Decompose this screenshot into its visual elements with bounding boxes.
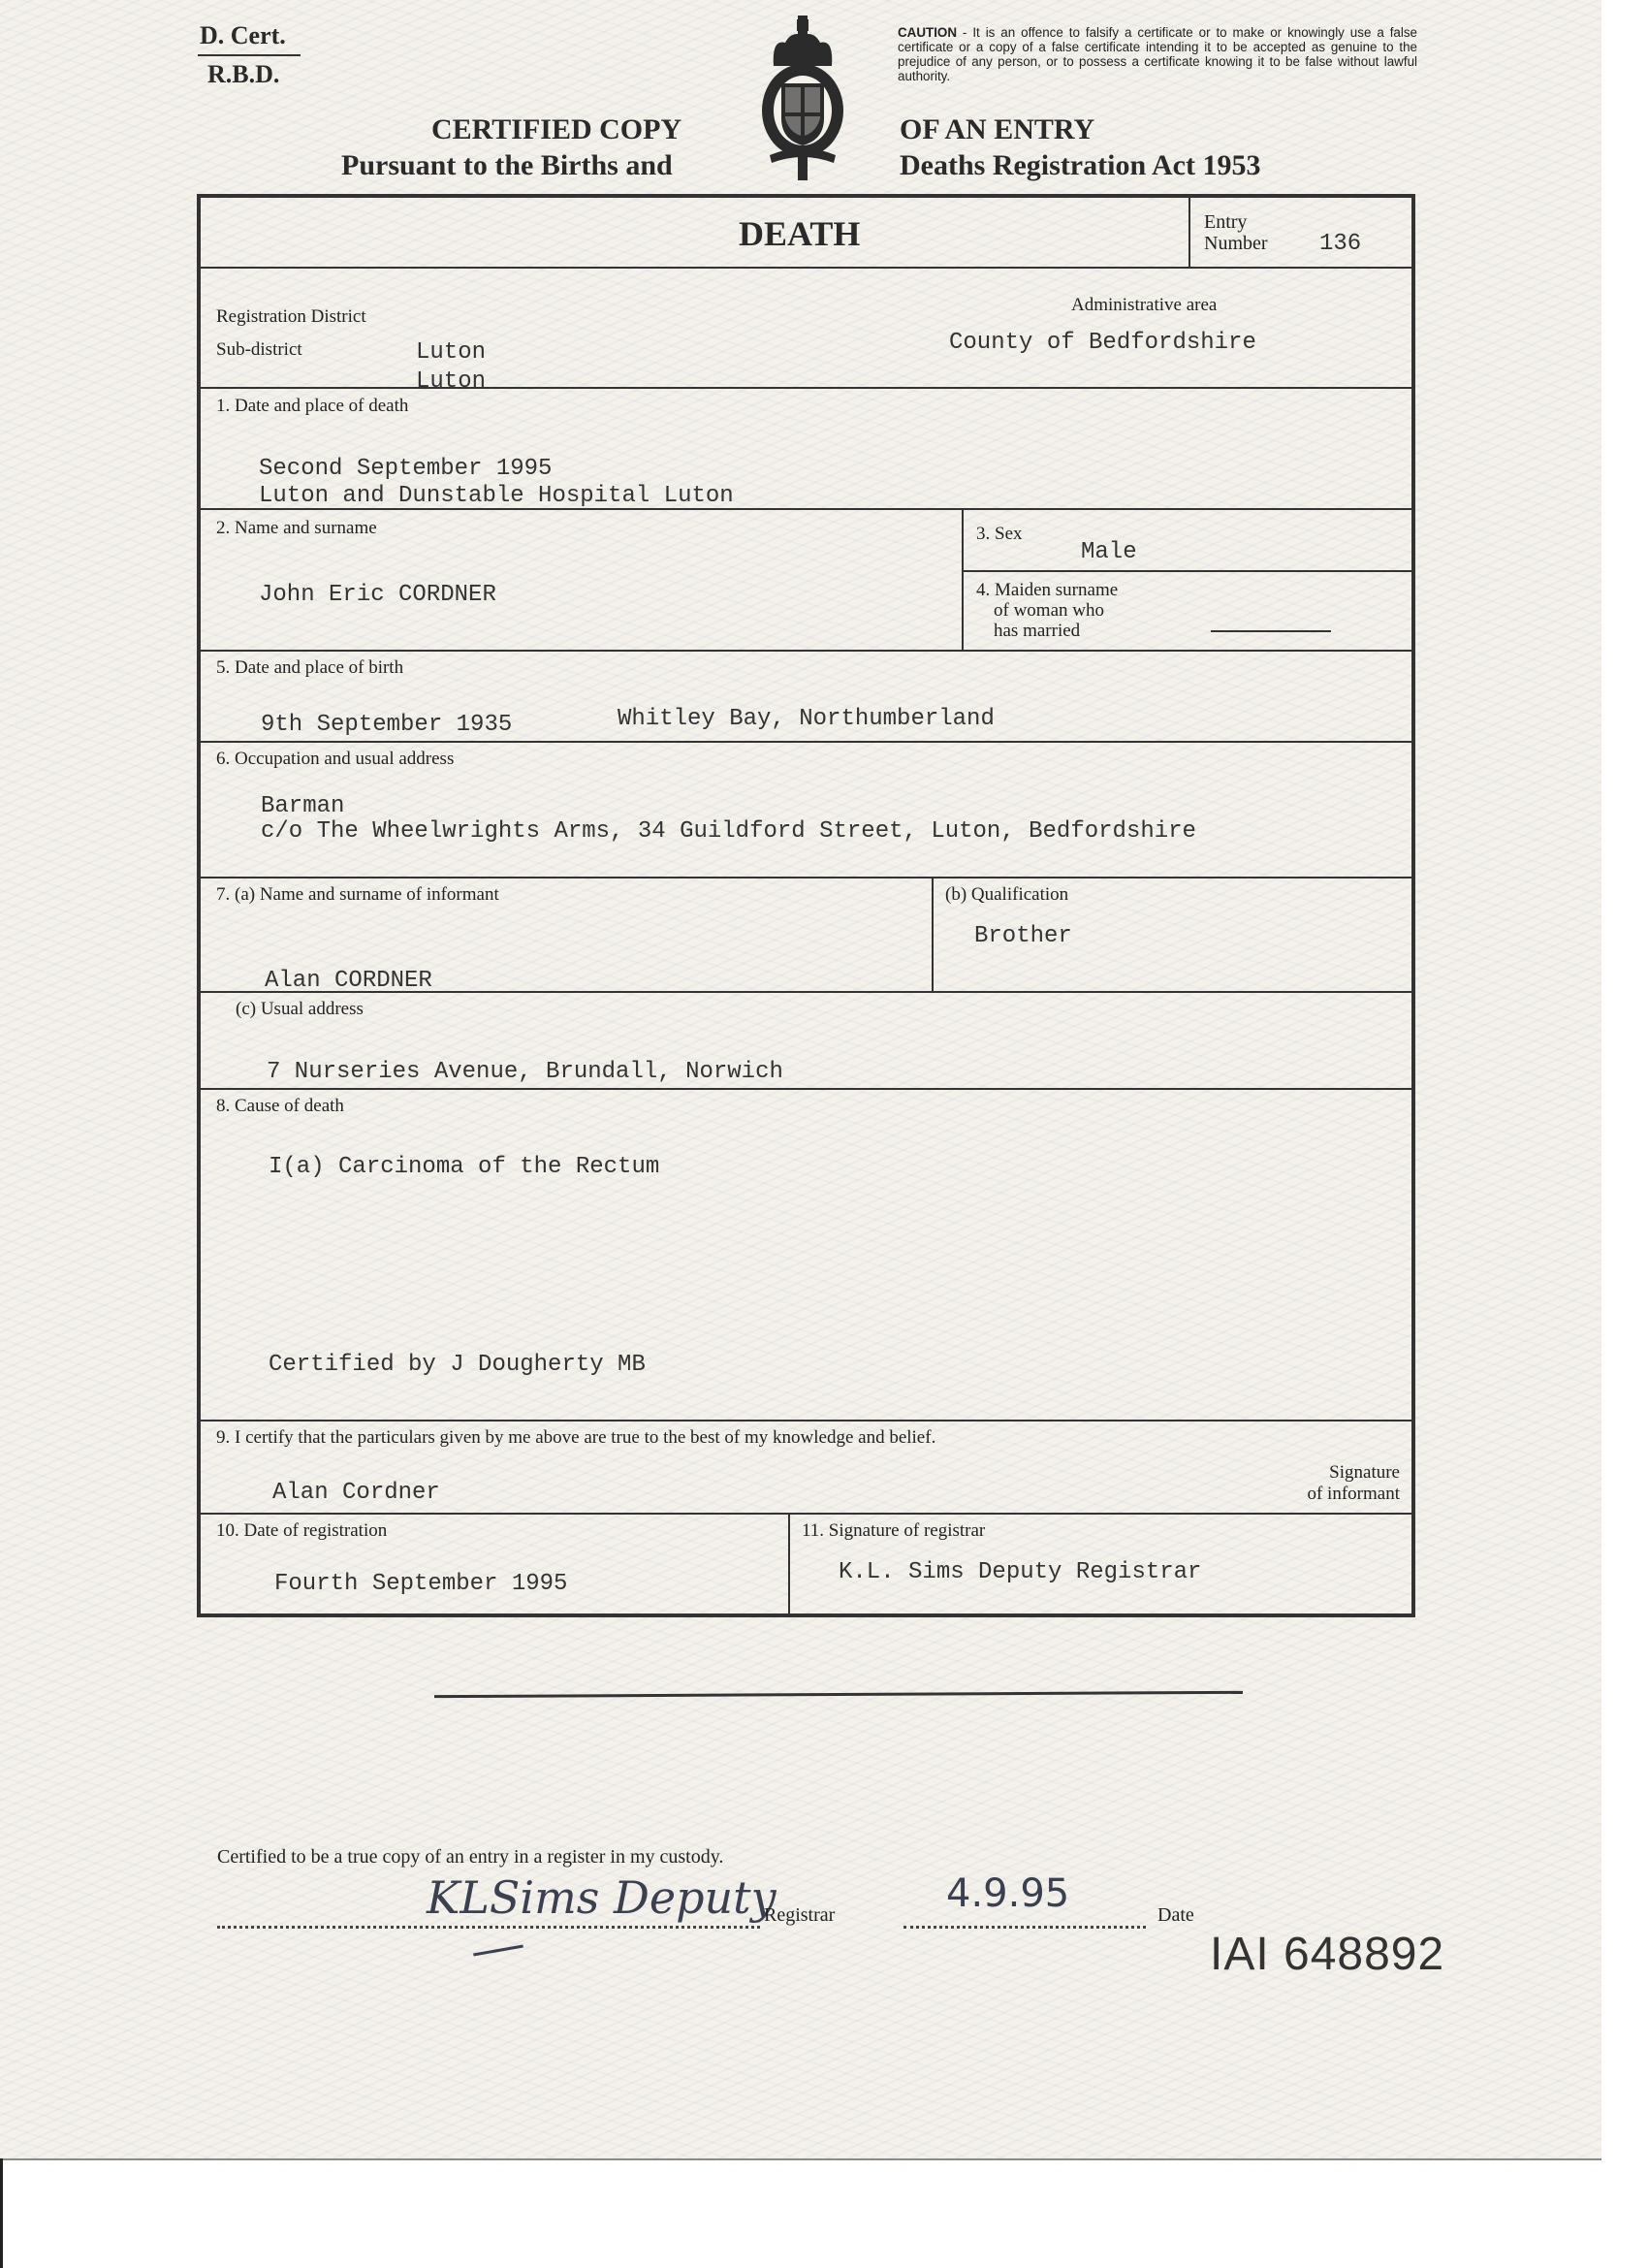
registrar-signature-line bbox=[217, 1926, 760, 1929]
divider bbox=[932, 877, 934, 991]
sub-district-value: Luton bbox=[416, 368, 486, 395]
informant-address-value: 7 Nurseries Avenue, Brundall, Norwich bbox=[267, 1059, 783, 1085]
date-line bbox=[903, 1926, 1146, 1929]
entry-number-value: 136 bbox=[1319, 231, 1361, 257]
divider bbox=[201, 387, 1411, 389]
place-of-death-value: Luton and Dunstable Hospital Luton bbox=[259, 483, 734, 509]
certified-statement: Certified to be a true copy of an entry … bbox=[217, 1846, 723, 1869]
form-title: DEATH bbox=[739, 213, 860, 254]
date-place-birth-label: 5. Date and place of birth bbox=[216, 657, 403, 679]
divider bbox=[788, 1513, 790, 1617]
administrative-area-label: Administrative area bbox=[1071, 295, 1217, 316]
occupation-value: Barman bbox=[261, 793, 344, 819]
title-of-an-entry: OF AN ENTRY bbox=[900, 113, 1094, 146]
form-code-divider bbox=[198, 54, 301, 56]
divider bbox=[201, 267, 1411, 269]
registrar-label: Registrar bbox=[764, 1904, 835, 1927]
form-code-bottom: R.B.D. bbox=[207, 60, 279, 89]
sub-district-label: Sub-district bbox=[216, 339, 302, 361]
usual-address-value: c/o The Wheelwrights Arms, 34 Guildford … bbox=[261, 818, 1196, 845]
title-certified-copy: CERTIFIED COPY bbox=[431, 113, 681, 146]
cause-of-death-value: I(a) Carcinoma of the Rectum bbox=[269, 1154, 659, 1180]
place-of-birth-value: Whitley Bay, Northumberland bbox=[618, 706, 995, 732]
signature-underline-stroke bbox=[473, 1945, 523, 1957]
divider bbox=[201, 650, 1411, 652]
date-of-death-value: Second September 1995 bbox=[259, 456, 552, 482]
cause-of-death-label: 8. Cause of death bbox=[216, 1096, 344, 1117]
handwritten-date: 4.9.95 bbox=[946, 1871, 1069, 1916]
divider bbox=[201, 508, 1411, 510]
registration-district-value: Luton bbox=[416, 339, 486, 366]
administrative-area-value: County of Bedfordshire bbox=[949, 330, 1256, 356]
informant-name-value: Alan CORDNER bbox=[265, 968, 432, 994]
name-surname-value: John Eric CORDNER bbox=[259, 582, 496, 608]
date-of-registration-value: Fourth September 1995 bbox=[274, 1571, 567, 1597]
divider bbox=[201, 1420, 1411, 1421]
informant-signature-value: Alan Cordner bbox=[272, 1480, 440, 1506]
form-code-top: D. Cert. bbox=[200, 21, 286, 50]
certified-by-value: Certified by J Dougherty MB bbox=[269, 1352, 646, 1378]
caution-text: - It is an offence to falsify a certific… bbox=[898, 25, 1417, 83]
qualification-label: (b) Qualification bbox=[945, 884, 1068, 906]
date-label: Date bbox=[1157, 1904, 1194, 1927]
divider bbox=[201, 1513, 1411, 1515]
certificate-serial-number: IAI 648892 bbox=[1210, 1928, 1444, 1981]
informant-address-label: (c) Usual address bbox=[236, 999, 364, 1020]
caution-label: CAUTION bbox=[898, 25, 957, 40]
maiden-surname-label: 4. Maiden surname of woman who has marri… bbox=[976, 580, 1118, 641]
registrar-handwritten-signature: KLSims Deputy bbox=[427, 1871, 776, 1924]
certification-label: 9. I certify that the particulars given … bbox=[216, 1427, 935, 1449]
royal-coat-of-arms-icon bbox=[752, 10, 853, 184]
divider bbox=[201, 741, 1411, 743]
signature-of-informant-label: Signature of informant bbox=[1307, 1462, 1400, 1505]
divider bbox=[201, 877, 1411, 878]
divider bbox=[962, 570, 1411, 572]
scan-edge bbox=[0, 2158, 3, 2268]
caution-notice: CAUTION - It is an offence to falsify a … bbox=[898, 25, 1417, 83]
entry-number-label: EntryNumber bbox=[1204, 211, 1268, 254]
occupation-address-label: 6. Occupation and usual address bbox=[216, 749, 454, 770]
name-surname-label: 2. Name and surname bbox=[216, 518, 377, 539]
sex-value: Male bbox=[1081, 539, 1137, 565]
death-entry-form: DEATH EntryNumber 136 Registration Distr… bbox=[197, 194, 1415, 1617]
informant-name-label: 7. (a) Name and surname of informant bbox=[216, 884, 499, 906]
qualification-value: Brother bbox=[974, 923, 1072, 949]
registrar-signature-value: K.L. Sims Deputy Registrar bbox=[839, 1559, 1201, 1585]
divider bbox=[201, 991, 1411, 993]
sex-label: 3. Sex bbox=[976, 524, 1023, 545]
title-act: Deaths Registration Act 1953 bbox=[900, 149, 1260, 182]
cancellation-line bbox=[434, 1691, 1243, 1698]
entry-number-divider bbox=[1188, 198, 1190, 268]
divider bbox=[962, 508, 964, 650]
maiden-surname-blank-dash bbox=[1211, 630, 1331, 632]
registrar-signature-label: 11. Signature of registrar bbox=[802, 1520, 985, 1542]
date-of-birth-value: 9th September 1935 bbox=[261, 712, 512, 738]
divider bbox=[201, 1088, 1411, 1090]
date-of-registration-label: 10. Date of registration bbox=[216, 1520, 387, 1542]
registration-district-label: Registration District bbox=[216, 306, 366, 328]
date-place-death-label: 1. Date and place of death bbox=[216, 396, 408, 417]
title-pursuant: Pursuant to the Births and bbox=[341, 149, 673, 182]
certificate-paper: D. Cert. R.B.D. CERTIFIED COPY Pursuant … bbox=[0, 0, 1601, 2160]
